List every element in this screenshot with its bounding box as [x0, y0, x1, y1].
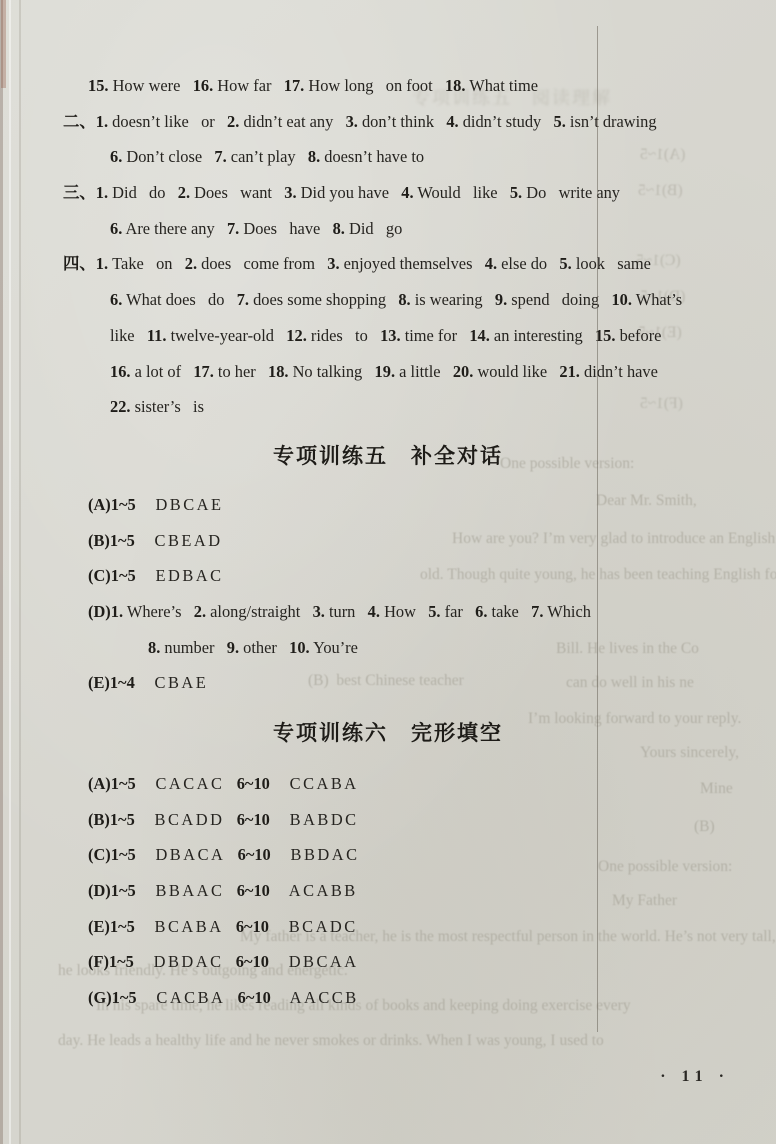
answer-text: Do write any	[522, 183, 620, 202]
answer-text: CACBA	[137, 988, 226, 1007]
answer-text: turn	[325, 602, 368, 621]
answer-item-number: 20.	[453, 362, 474, 381]
answer-text: twelve-year-old	[166, 326, 286, 345]
answer-item-number: 6.	[110, 290, 122, 309]
bleed-through-text: day. He leads a healthy life and he neve…	[58, 1032, 604, 1050]
answer-text: rides to	[307, 326, 380, 345]
scan-edge-left	[0, 0, 3, 1144]
answer-text: BCADC	[269, 917, 358, 936]
answer-text: didn’t have	[580, 362, 658, 381]
answer-item-number: 6~10	[224, 881, 269, 900]
answer-item-number: 6.	[110, 219, 122, 238]
answer-item-number: 8.	[333, 219, 345, 238]
answer-line: (A)1~5 CACAC 6~10 CCABA	[0, 766, 776, 802]
answer-text: CCABA	[270, 774, 359, 793]
scan-streak-light	[9, 0, 11, 1144]
answer-text: other	[239, 638, 289, 657]
answer-text: didn’t study	[459, 112, 554, 131]
answer-item-number: 12.	[286, 326, 307, 345]
section-heading-six: 专项训练六 完形填空	[0, 715, 776, 751]
answer-item-number: 5.	[510, 183, 522, 202]
answer-text: enjoyed themselves	[340, 254, 485, 273]
answer-text: CACAC	[136, 774, 225, 793]
answer-item-number: 9.	[495, 290, 507, 309]
answer-text: else do	[497, 254, 559, 273]
answer-item-number: 3.	[284, 183, 296, 202]
answer-text: look same	[572, 254, 651, 273]
answer-line: 三、1. Did do 2. Does want 3. Did you have…	[0, 175, 776, 211]
answer-text: DBCAE	[136, 495, 224, 514]
answer-text: take	[487, 602, 531, 621]
answer-text: isn’t drawing	[566, 112, 657, 131]
answer-text: spend doing	[507, 290, 611, 309]
answer-text: Where’s	[123, 602, 194, 621]
answer-text: far	[441, 602, 476, 621]
answer-item-number: 5.	[559, 254, 571, 273]
answer-line: (D)1. Where’s 2. along/straight 3. turn …	[0, 594, 776, 630]
answer-item-number: 6~10	[224, 952, 269, 971]
answer-line: (A)1~5 DBCAE	[0, 487, 776, 523]
answer-text: BCABA	[135, 917, 224, 936]
answer-text: BBAAC	[136, 881, 225, 900]
answer-text: Are there any	[122, 219, 227, 238]
answer-item-number: 21.	[559, 362, 580, 381]
answer-text: Take on	[108, 254, 185, 273]
answer-text: DBACA	[136, 845, 226, 864]
answer-text: BCADD	[135, 810, 225, 829]
answer-line: 6. Are there any 7. Does have 8. Did go	[0, 211, 776, 247]
answer-text: can’t play	[227, 147, 308, 166]
answer-item-number: (B)1~5	[88, 810, 135, 829]
answer-text: CBAE	[135, 673, 209, 692]
answer-item-number: 18.	[268, 362, 289, 381]
answer-item-number: 二、	[63, 112, 96, 131]
answer-text: along/straight	[206, 602, 313, 621]
answer-item-number: 16.	[110, 362, 131, 381]
answer-item-number: (C)1~5	[88, 566, 136, 585]
scanned-page: 专项训练五 阅读理解(A)1~5(B)1~5(C)1~5(D)1~5(E)1~5…	[0, 0, 776, 1144]
answer-text: ACABB	[270, 881, 358, 900]
answer-line: 二、1. doesn’t like or 2. didn’t eat any 3…	[0, 104, 776, 140]
answer-text: Does want	[190, 183, 284, 202]
answer-text: Did go	[345, 219, 402, 238]
answer-item-number: 三、	[63, 183, 96, 202]
answer-item-number: 3.	[327, 254, 339, 273]
scan-streak-dark	[19, 0, 21, 1144]
answer-item-number: (D)1~5	[88, 881, 136, 900]
answer-line: (E)1~5 BCABA 6~10 BCADC	[0, 909, 776, 945]
answer-item-number: 6.	[475, 602, 487, 621]
answer-item-number: 4.	[368, 602, 380, 621]
answer-text: Don’t close	[122, 147, 214, 166]
answer-text: Which	[543, 602, 591, 621]
answer-line: (E)1~4 CBAE	[0, 665, 776, 701]
answer-line: 22. sister’s is	[0, 389, 776, 425]
answer-item-number: 7.	[531, 602, 543, 621]
answer-text: does some shopping	[249, 290, 398, 309]
answer-item-number: (B)1~5	[88, 531, 135, 550]
answer-text: What does do	[122, 290, 236, 309]
answer-item-number: 8.	[148, 638, 160, 657]
answer-item-number: 7.	[227, 219, 239, 238]
answer-item-number: 4.	[485, 254, 497, 273]
answer-text: EDBAC	[136, 566, 224, 585]
answer-item-number: (E)1~5	[88, 917, 135, 936]
answer-item-number: 13.	[380, 326, 401, 345]
answer-text: AACCB	[271, 988, 359, 1007]
answer-text: No talking	[289, 362, 375, 381]
answer-line: (C)1~5 DBACA 6~10 BBDAC	[0, 837, 776, 873]
answer-item-number: 5.	[554, 112, 566, 131]
answer-text: didn’t eat any	[239, 112, 345, 131]
answer-text: What’s	[632, 290, 682, 309]
answer-item-number: 3.	[313, 602, 325, 621]
section-heading-five: 专项训练五 补全对话	[0, 438, 776, 474]
answer-line: (G)1~5 CACBA 6~10 AACCB	[0, 980, 776, 1016]
answer-item-number: 22.	[110, 397, 131, 416]
answer-text: How far	[213, 76, 284, 95]
answer-item-number: 6~10	[224, 917, 269, 936]
answer-item-number: 11.	[147, 326, 167, 345]
answer-item-number: 7.	[237, 290, 249, 309]
answer-item-number: 18.	[445, 76, 466, 95]
answer-text: before	[615, 326, 661, 345]
answer-item-number: 6.	[110, 147, 122, 166]
answer-text: like	[110, 326, 147, 345]
answer-item-number: 4.	[446, 112, 458, 131]
answer-text: How long on foot	[304, 76, 445, 95]
answer-item-number: 6~10	[224, 810, 269, 829]
answer-text: Did do	[108, 183, 178, 202]
answer-text: You’re	[310, 638, 358, 657]
answer-item-number: 15.	[595, 326, 616, 345]
answer-item-number: 7.	[214, 147, 226, 166]
answer-item-number: 14.	[469, 326, 490, 345]
answer-text: a little	[395, 362, 453, 381]
answer-line: 6. What does do 7. does some shopping 8.…	[0, 282, 776, 318]
answer-line: 8. number 9. other 10. You’re	[0, 630, 776, 666]
answer-text: Does have	[239, 219, 332, 238]
answer-item-number: 4.	[401, 183, 413, 202]
answer-line: (B)1~5 BCADD 6~10 BABDC	[0, 802, 776, 838]
answer-item-number: (D)1.	[88, 602, 123, 621]
answer-line: 15. How were 16. How far 17. How long on…	[0, 68, 776, 104]
answer-item-number: 2.	[194, 602, 206, 621]
answer-line: (C)1~5 EDBAC	[0, 558, 776, 594]
answer-item-number: 1.	[96, 112, 108, 131]
answer-item-number: 16.	[193, 76, 214, 95]
answer-text: does come from	[197, 254, 327, 273]
answer-item-number: 9.	[227, 638, 239, 657]
page-crease-line	[597, 26, 598, 1032]
answer-line: (F)1~5 DBDAC 6~10 DBCAA	[0, 944, 776, 980]
answer-text: doesn’t have to	[320, 147, 424, 166]
answer-item-number: (E)1~4	[88, 673, 135, 692]
answer-text: to her	[214, 362, 268, 381]
answer-line: 四、1. Take on 2. does come from 3. enjoye…	[0, 246, 776, 282]
answer-text: BBDAC	[271, 845, 360, 864]
answer-item-number: 6~10	[225, 845, 270, 864]
answer-text: DBDAC	[134, 952, 224, 971]
answer-text: BABDC	[270, 810, 359, 829]
answer-item-number: 2.	[178, 183, 190, 202]
answer-item-number: 1.	[96, 183, 108, 202]
answer-item-number: 2.	[227, 112, 239, 131]
answer-text: don’t think	[358, 112, 446, 131]
answer-text: DBCAA	[269, 952, 359, 971]
answer-item-number: 6~10	[224, 774, 269, 793]
answer-item-number: 17.	[193, 362, 214, 381]
answer-text: a lot of	[131, 362, 194, 381]
answer-text: would like	[473, 362, 559, 381]
answer-text: What time	[465, 76, 538, 95]
answer-text: sister’s is	[131, 397, 204, 416]
answer-item-number: 四、	[63, 254, 96, 273]
answer-item-number: 19.	[375, 362, 396, 381]
answer-item-number: (A)1~5	[88, 495, 136, 514]
answer-item-number: (G)1~5	[88, 988, 137, 1007]
answer-item-number: 10.	[289, 638, 310, 657]
answer-text: doesn’t like or	[108, 112, 227, 131]
answer-item-number: (A)1~5	[88, 774, 136, 793]
answer-line: 16. a lot of 17. to her 18. No talking 1…	[0, 354, 776, 390]
answer-item-number: 17.	[284, 76, 305, 95]
answer-text: How	[380, 602, 428, 621]
answer-item-number: 2.	[185, 254, 197, 273]
answer-text: time for	[401, 326, 470, 345]
answer-text: Would like	[414, 183, 510, 202]
answer-text: Did you have	[297, 183, 402, 202]
answer-item-number: 1.	[96, 254, 108, 273]
answer-line: 6. Don’t close 7. can’t play 8. doesn’t …	[0, 139, 776, 175]
answer-text: CBEAD	[135, 531, 223, 550]
answer-line: like 11. twelve-year-old 12. rides to 13…	[0, 318, 776, 354]
answer-text: number	[160, 638, 226, 657]
answer-item-number: (F)1~5	[88, 952, 134, 971]
answer-item-number: 6~10	[225, 988, 270, 1007]
answer-line: (B)1~5 CBEAD	[0, 523, 776, 559]
answer-line: (D)1~5 BBAAC 6~10 ACABB	[0, 873, 776, 909]
answer-text: How were	[109, 76, 193, 95]
answer-key-content: 15. How were 16. How far 17. How long on…	[0, 0, 776, 1016]
answer-item-number: 5.	[428, 602, 440, 621]
answer-text: is wearing	[411, 290, 495, 309]
answer-text: an interesting	[490, 326, 595, 345]
answer-item-number: 3.	[346, 112, 358, 131]
page-number: · 11 ·	[660, 1068, 730, 1086]
answer-item-number: (C)1~5	[88, 845, 136, 864]
scan-edge-mark	[1, 0, 6, 88]
answer-item-number: 15.	[88, 76, 109, 95]
answer-item-number: 10.	[611, 290, 632, 309]
answer-item-number: 8.	[308, 147, 320, 166]
answer-item-number: 8.	[398, 290, 410, 309]
